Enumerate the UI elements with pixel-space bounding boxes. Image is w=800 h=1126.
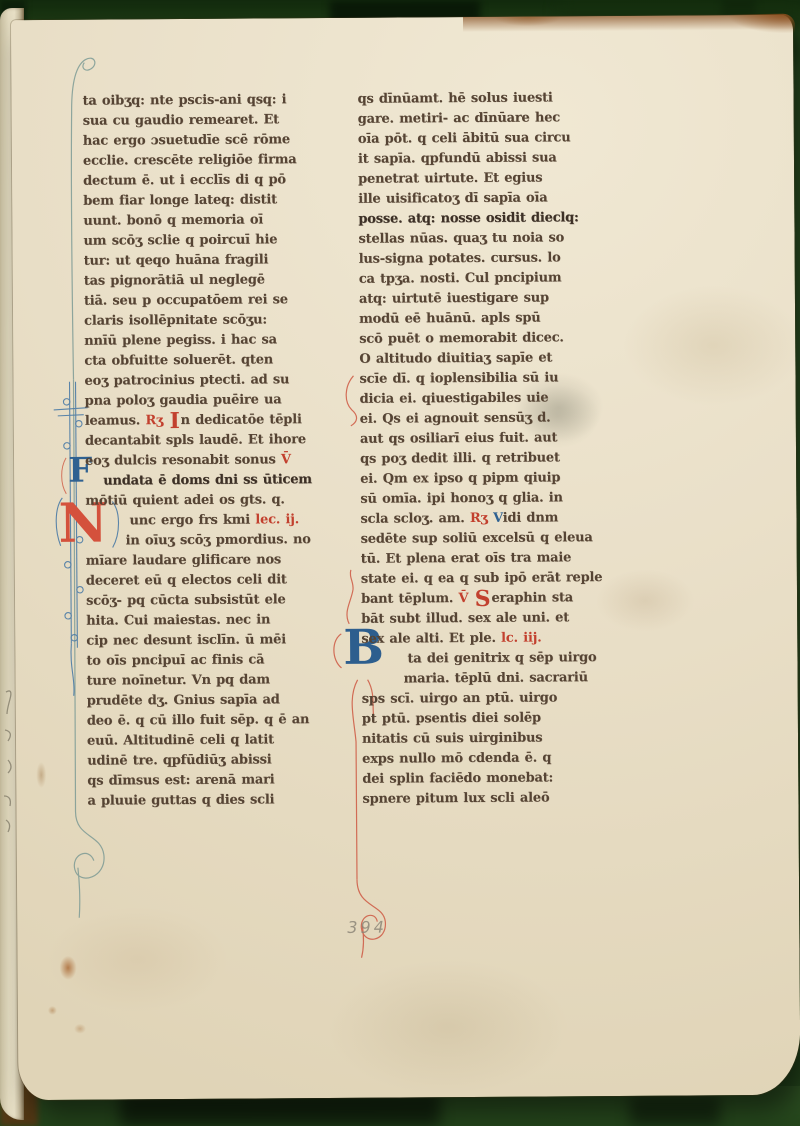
text-line: nnīū plene pegiss. i hac sa — [84, 330, 342, 352]
text-line: scīe dī. q ioplensibilia sū iu — [359, 368, 617, 390]
body-text: qs dīnūamt. hē solus iuesti — [357, 90, 552, 106]
body-text: lus-signa potates. cursus. lo — [359, 250, 561, 266]
body-text: atq: uirtutē iuestigare sup — [359, 290, 549, 306]
text-line: lus-signa potates. cursus. lo — [359, 248, 617, 270]
brown-spot-stain — [60, 956, 77, 980]
body-text: tū. Et plena erat oīs tra maie — [361, 550, 571, 566]
body-text: spnere pitum lux scli aleō — [362, 790, 549, 806]
body-text: cip nec desunt isclīn. ū mēi — [86, 632, 286, 648]
body-text: um scōʒ sclie q poircuī hie — [83, 232, 277, 248]
manuscript-page: F N B ta oibʒq: nte pscis-ani qsq: isua … — [11, 15, 800, 1100]
body-text: aut qs osiliarī eius fuit. aut — [360, 430, 557, 446]
text-line: tū. Et plena erat oīs tra maie — [361, 548, 619, 570]
red-squiggle-flourish — [346, 376, 357, 426]
body-text: ture noīnetur. Vn pq dam — [87, 672, 270, 688]
text-line: O altitudo diuitiaʒ sapīe et — [359, 348, 617, 370]
cradle-shadow-patch — [630, 1096, 720, 1126]
body-text: sū omīa. ipi honoʒ q glia. in — [360, 490, 563, 506]
text-line: ei. Qm ex ipso q pipm qiuip — [360, 468, 618, 490]
body-text: idi dnm — [503, 510, 558, 525]
text-line: eoʒ patrocinius ptecti. ad su — [84, 370, 342, 392]
text-line: oīa pōt. q celi ābitū sua circu — [358, 128, 616, 150]
text-line: in oīuʒ scōʒ pmordius. no — [86, 530, 344, 552]
text-line: exps nullo mō cdenda ē. q — [362, 748, 620, 770]
text-line: eoʒ dulcis resonabit sonus V̄ — [85, 450, 343, 472]
body-text: tur: ut qeqo huāna fragili — [84, 252, 269, 268]
body-text: exps nullo mō cdenda ē. q — [362, 750, 551, 766]
body-text: qs dīmsus est: arenā mari — [87, 772, 274, 788]
text-line: scōʒ- pq cūcta subsistūt ele — [86, 590, 344, 612]
text-line: qs dīnūamt. hē solus iuesti — [357, 88, 615, 110]
body-text: penetrat uirtute. Et egius — [358, 170, 542, 186]
body-text: state ei. q ea q sub ipō erāt reple — [361, 570, 602, 587]
body-text: stellas nūas. quaʒ tu noia so — [358, 230, 564, 246]
body-text: O altitudo diuitiaʒ sapīe et — [359, 350, 552, 366]
text-line: gare. metiri- ac dīnūare hec — [358, 108, 616, 130]
text-line: cip nec desunt isclīn. ū mēi — [86, 630, 344, 652]
text-line: unc ergo frs kmi lec. ij. — [85, 510, 343, 532]
text-line: bem fiar longe lateq: distit — [83, 190, 341, 212]
text-line: dectum ē. ut i ecclīs di q pō — [83, 170, 341, 192]
body-text: gare. metiri- ac dīnūare hec — [358, 110, 560, 126]
text-line: hac ergo ɔsuetudīe scē rōme — [83, 130, 341, 152]
body-text: mīare laudare glificare nos — [86, 552, 281, 568]
body-text: maria. tēplū dni. sacrariū — [404, 670, 588, 686]
text-line: euū. Altitudinē celi q latit — [87, 730, 345, 752]
text-line: sedēte sup soliū excelsū q eleua — [361, 528, 619, 550]
body-text: a pluuie guttas q dies scli — [87, 792, 274, 808]
text-line: atq: uirtutē iuestigare sup — [359, 288, 617, 310]
body-text: deo ē. q cū illo fuit sēp. q ē an — [87, 712, 309, 729]
body-text: claris isollēpnitate scōʒu: — [84, 312, 267, 328]
body-text: bāt subt illud. sex ale uni. et — [361, 610, 569, 626]
body-text: ecclie. crescēte religiōe firma — [83, 152, 297, 168]
text-line: nitatis cū suis uirginibus — [362, 728, 620, 750]
text-line: maria. tēplū dni. sacrariū — [362, 668, 620, 690]
text-line: to oīs pncipuī ac finis cā — [86, 650, 344, 672]
body-text: unc ergo frs kmi — [129, 513, 255, 529]
blue-capital: V — [493, 511, 503, 526]
text-line: qs poʒ dedit illi. q retribuet — [360, 448, 618, 470]
text-line: uunt. bonō q memoria oī — [83, 210, 341, 232]
body-text: scīe dī. q ioplensibilia sū iu — [359, 370, 558, 386]
text-line: pna poloʒ gaudia puēire ua — [85, 390, 343, 412]
body-text: posse. atq: nosse osidit dieclq: — [358, 210, 578, 227]
body-text: ca tpʒa. nosti. Cul pncipium — [359, 270, 562, 286]
text-line: um scōʒ sclie q poircuī hie — [83, 230, 341, 252]
body-text: mōtiū quient adei os gts. q. — [85, 492, 284, 508]
text-line: bant tēplum. V̄ Seraphin sta — [361, 588, 619, 610]
body-text: modū eē huānū. apls spū — [359, 311, 541, 327]
body-text: scō puēt o memorabit dicec. — [359, 330, 564, 346]
body-text: sps scī. uirgo an ptū. uirgo — [362, 690, 558, 706]
body-text: scla scloʒ. am. — [360, 511, 470, 527]
body-text: leamus. — [85, 413, 146, 428]
text-line: claris isollēpnitate scōʒu: — [84, 310, 342, 332]
red-filigree-F — [62, 458, 67, 494]
body-text: hac ergo ɔsuetudīe scē rōme — [83, 132, 290, 148]
rubric-text: lec. ij. — [255, 512, 299, 527]
body-text: pt ptū. psentis diei solēp — [362, 711, 541, 727]
folio-number: 394 — [347, 918, 387, 937]
body-text: sua cu gaudio remearet. Et — [83, 112, 279, 128]
body-text: pna poloʒ gaudia puēire ua — [85, 392, 282, 408]
text-line: dicia ei. qiuestigabiles uie — [360, 388, 618, 410]
photograph-background: F N B ta oibʒq: nte pscis-ani qsq: isua … — [0, 0, 800, 1126]
body-text: ei. Qs ei agnouit sensūʒ d. — [360, 410, 551, 426]
burn-stain-top-middle — [493, 16, 563, 26]
body-text: scōʒ- pq cūcta subsistūt ele — [86, 592, 286, 608]
body-text: cta obfuitte soluerēt. qten — [84, 352, 273, 368]
rubric-text: Rʒ — [145, 413, 168, 428]
text-line: posse. atq: nosse osidit dieclq: — [358, 208, 616, 230]
text-line: ta dei genitrix q sēp uirgo — [361, 648, 619, 670]
body-text: undata ē doms dni ss ūticem — [103, 472, 312, 488]
body-text: dicia ei. qiuestigabiles uie — [360, 390, 549, 406]
text-line: ca tpʒa. nosti. Cul pncipium — [359, 268, 617, 290]
text-line: hita. Cui maiestas. nec in — [86, 610, 344, 632]
text-line: leamus. Rʒ In dedicatōe tēpli — [85, 410, 343, 432]
text-line: tur: ut qeqo huāna fragili — [84, 250, 342, 272]
body-text: eoʒ dulcis resonabit sonus — [85, 452, 281, 468]
text-line: scō puēt o memorabit dicec. — [359, 328, 617, 350]
text-line: deceret eū q electos celi dit — [86, 570, 344, 592]
body-text: bem fiar longe lateq: distit — [83, 192, 277, 208]
body-text: prudēte dʒ. Gnius sapīa ad — [87, 692, 280, 708]
brown-spot-stain — [36, 762, 46, 788]
body-text: ille uisificatoʒ dī sapīa oīa — [358, 190, 547, 206]
text-line: tas pignorātiā ul neglegē — [84, 270, 342, 292]
text-line: modū eē huānū. apls spū — [359, 308, 617, 330]
body-text: dectum ē. ut i ecclīs di q pō — [83, 172, 286, 188]
body-text: in oīuʒ scōʒ pmordius. no — [126, 532, 311, 548]
body-text: ei. Qm ex ipso q pipm qiuip — [360, 470, 560, 486]
text-line: prudēte dʒ. Gnius sapīa ad — [87, 690, 345, 712]
text-line: udinē tre. qpfūdiūʒ abissi — [87, 750, 345, 772]
text-line: it sapīa. qpfundū abissi sua — [358, 148, 616, 170]
text-line: penetrat uirtute. Et egius — [358, 168, 616, 190]
body-text: uunt. bonō q memoria oī — [83, 212, 263, 228]
text-line: cta obfuitte soluerēt. qten — [84, 350, 342, 372]
text-line: sua cu gaudio remearet. Et — [83, 110, 341, 132]
body-text: hita. Cui maiestas. nec in — [86, 612, 270, 628]
body-text: n dedicatōe tēpli — [181, 412, 302, 428]
text-line: ture noīnetur. Vn pq dam — [87, 670, 345, 692]
body-text: qs poʒ dedit illi. q retribuet — [360, 450, 560, 466]
body-text: decantabit spls laudē. Et ihore — [85, 432, 306, 449]
text-line: tiā. seu p occupatōem rei se — [84, 290, 342, 312]
text-line: sps scī. uirgo an ptū. uirgo — [362, 688, 620, 710]
text-line: mōtiū quient adei os gts. q. — [85, 490, 343, 512]
text-line: bāt subt illud. sex ale uni. et — [361, 608, 619, 630]
body-text: ta dei genitrix q sēp uirgo — [407, 650, 596, 666]
text-line: spnere pitum lux scli aleō — [362, 788, 620, 810]
text-line: a pluuie guttas q dies scli — [87, 790, 345, 812]
body-text: udinē tre. qpfūdiūʒ abissi — [87, 752, 271, 768]
text-line: sex ale alti. Et ple. lc. iij. — [361, 628, 619, 650]
body-text: euū. Altitudinē celi q latit — [87, 732, 274, 748]
text-line: mīare laudare glificare nos — [86, 550, 344, 572]
rubric-text: Rʒ — [470, 511, 493, 526]
text-line: scla scloʒ. am. Rʒ Vidi dnm — [360, 508, 618, 530]
rubric-text: V̄ — [458, 591, 473, 606]
body-text: ta oibʒq: nte pscis-ani qsq: i — [83, 92, 287, 108]
body-text: sex ale alti. Et ple. — [361, 631, 501, 647]
text-line: sū omīa. ipi honoʒ q glia. in — [360, 488, 618, 510]
body-text: to oīs pncipuī ac finis cā — [86, 652, 264, 668]
body-text: deceret eū q electos celi dit — [86, 572, 287, 588]
body-text: dei splin faciēdo monebat: — [362, 770, 553, 786]
text-line: ille uisificatoʒ dī sapīa oīa — [358, 188, 616, 210]
text-line: aut qs osiliarī eius fuit. aut — [360, 428, 618, 450]
text-column-left: ta oibʒq: nte pscis-ani qsq: isua cu gau… — [82, 90, 345, 812]
body-text: nitatis cū suis uirginibus — [362, 731, 542, 747]
body-text: nnīū plene pegiss. i hac sa — [84, 332, 277, 348]
body-text: it sapīa. qpfundū abissi sua — [358, 150, 557, 166]
brown-spot-stain — [74, 1024, 86, 1034]
rubric-text: V̄ — [281, 452, 291, 467]
text-line: deo ē. q cū illo fuit sēp. q ē an — [87, 710, 345, 732]
text-line: undata ē doms dni ss ūticem — [85, 470, 343, 492]
brown-spot-stain — [48, 1006, 57, 1015]
text-line: ta oibʒq: nte pscis-ani qsq: i — [82, 90, 340, 112]
text-line: ecclie. crescēte religiōe firma — [83, 150, 341, 172]
rubric-text: lc. iij. — [501, 631, 542, 646]
text-line: qs dīmsus est: arenā mari — [87, 770, 345, 792]
burn-stain-top-right-corner — [699, 14, 795, 41]
text-line: pt ptū. psentis diei solēp — [362, 708, 620, 730]
body-text: eraphin sta — [491, 590, 573, 606]
body-text: tiā. seu p occupatōem rei se — [84, 292, 288, 308]
body-text: sedēte sup soliū excelsū q eleua — [361, 530, 593, 547]
text-line: ei. Qs ei agnouit sensūʒ d. — [360, 408, 618, 430]
body-text: tas pignorātiā ul neglegē — [84, 272, 265, 288]
text-column-right: qs dīnūamt. hē solus iuestigare. metiri-… — [357, 88, 620, 810]
body-text: oīa pōt. q celi ābitū sua circu — [358, 130, 571, 146]
body-text: bant tēplum. — [361, 591, 459, 607]
text-line: decantabit spls laudē. Et ihore — [85, 430, 343, 452]
text-line: dei splin faciēdo monebat: — [362, 768, 620, 790]
body-text: eoʒ patrocinius ptecti. ad su — [84, 372, 289, 388]
text-line: stellas nūas. quaʒ tu noia so — [358, 228, 616, 250]
